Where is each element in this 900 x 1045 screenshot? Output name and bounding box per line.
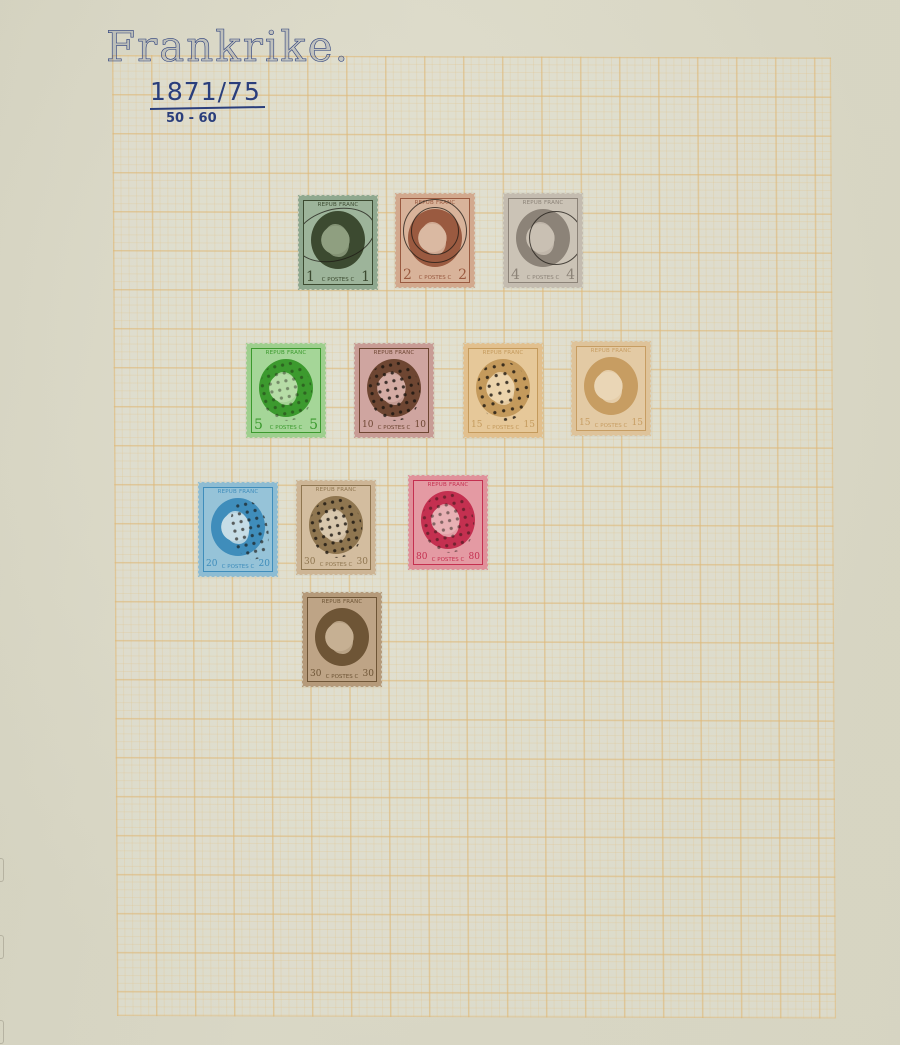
stamp-15c[interactable]: REPUB FRANC C POSTES C 15 15	[463, 343, 543, 438]
stamp-denomination: 20	[259, 557, 270, 571]
stamp-denomination: 15	[471, 418, 482, 432]
stamp-frame: REPUB FRANC C POSTES C 2 2	[400, 198, 470, 283]
stamp-country-text: REPUB FRANC	[252, 350, 320, 356]
stamp-denomination: 2	[403, 268, 412, 282]
stamp-denomination: 15	[524, 418, 535, 432]
stamp-30c[interactable]: REPUB FRANC C POSTES C 30 30	[296, 480, 376, 575]
dotted-cancel-icon	[363, 357, 426, 426]
star-cancel-icon	[472, 357, 535, 426]
stamp-denomination: 30	[304, 555, 315, 569]
stamp-denomination: 1	[361, 270, 370, 284]
stamp-country-text: REPUB FRANC	[509, 200, 577, 206]
postmark-icon	[303, 200, 373, 271]
dotted-cancel-icon	[417, 489, 480, 558]
stamp-80c[interactable]: REPUB FRANC C POSTES C 80 80	[408, 475, 488, 570]
binder-hole-mark	[0, 1020, 4, 1044]
price-note: 50 - 60	[166, 111, 217, 126]
stamp-denomination: 4	[511, 268, 520, 282]
stamp-country-text: REPUB FRANC	[577, 348, 645, 354]
stamp-frame: REPUB FRANC C POSTES C 30 30	[307, 597, 377, 682]
stamp-denomination: 80	[416, 550, 427, 564]
postmark-icon	[411, 207, 459, 255]
stamp-denomination: 30	[357, 555, 368, 569]
stamp-country-text: REPUB FRANC	[204, 489, 272, 495]
stamp-denomination: 15	[632, 416, 643, 430]
stamp-country-text: REPUB FRANC	[469, 350, 537, 356]
stamp-frame: REPUB FRANC C POSTES C 30 30	[301, 485, 371, 570]
stamp-denomination: 80	[469, 550, 480, 564]
stamp-4c[interactable]: REPUB FRANC C POSTES C 4 4	[503, 193, 583, 288]
ceres-head-icon	[597, 370, 622, 402]
page-title: Frankrike.	[106, 22, 350, 71]
stamp-20c[interactable]: REPUB FRANC C POSTES C 20 20	[198, 482, 278, 577]
stamp-denomination: 2	[458, 268, 467, 282]
binder-hole-mark	[0, 935, 4, 959]
stamp-country-text: REPUB FRANC	[302, 487, 370, 493]
stamp-frame: REPUB FRANC C POSTES C 4 4	[508, 198, 578, 283]
stamp-5c[interactable]: REPUB FRANC C POSTES C 5 5	[246, 343, 326, 438]
stamp-denomination: 30	[363, 667, 374, 681]
ceres-medallion	[315, 608, 369, 666]
binder-hole-mark	[0, 858, 4, 882]
ceres-head-icon	[328, 621, 353, 653]
stamp-frame: REPUB FRANC C POSTES C 20 20	[203, 487, 273, 572]
stamp-frame: REPUB FRANC C POSTES C 80 80	[413, 480, 483, 565]
stamp-1c[interactable]: REPUB FRANC C POSTES C 1 1	[298, 195, 378, 290]
stamp-country-text: REPUB FRANC	[308, 599, 376, 605]
stamp-10c[interactable]: REPUB FRANC C POSTES C 10 10	[354, 343, 434, 438]
stamp-country-text: REPUB FRANC	[414, 482, 482, 488]
year-range: 1871/75	[150, 77, 261, 106]
dotted-cancel-icon	[255, 357, 318, 426]
numeral-cancel-icon	[305, 494, 368, 563]
stamp-15c-b[interactable]: REPUB FRANC C POSTES C 15 15	[571, 341, 651, 436]
stamp-denomination: 10	[362, 418, 373, 432]
stamp-denomination: 30	[310, 667, 321, 681]
stamp-frame: REPUB FRANC C POSTES C 1 1	[303, 200, 373, 285]
stamp-denomination: 20	[206, 557, 217, 571]
stamp-frame: REPUB FRANC C POSTES C 15 15	[576, 346, 646, 431]
stamp-denomination: 5	[254, 418, 263, 432]
stamp-denomination: 1	[306, 270, 315, 284]
stamp-2c[interactable]: REPUB FRANC C POSTES C 2 2	[395, 193, 475, 288]
stamp-denomination: 4	[566, 268, 575, 282]
stamp-30c-b[interactable]: REPUB FRANC C POSTES C 30 30	[302, 592, 382, 687]
stamp-frame: REPUB FRANC C POSTES C 10 10	[359, 348, 429, 433]
stamp-country-text: REPUB FRANC	[360, 350, 428, 356]
ceres-medallion	[584, 357, 638, 415]
postmark-icon	[529, 211, 578, 265]
stamp-frame: REPUB FRANC C POSTES C 5 5	[251, 348, 321, 433]
stamp-denomination: 15	[579, 416, 590, 430]
stamp-frame: REPUB FRANC C POSTES C 15 15	[468, 348, 538, 433]
stamp-denomination: 5	[309, 418, 318, 432]
stamp-denomination: 10	[415, 418, 426, 432]
